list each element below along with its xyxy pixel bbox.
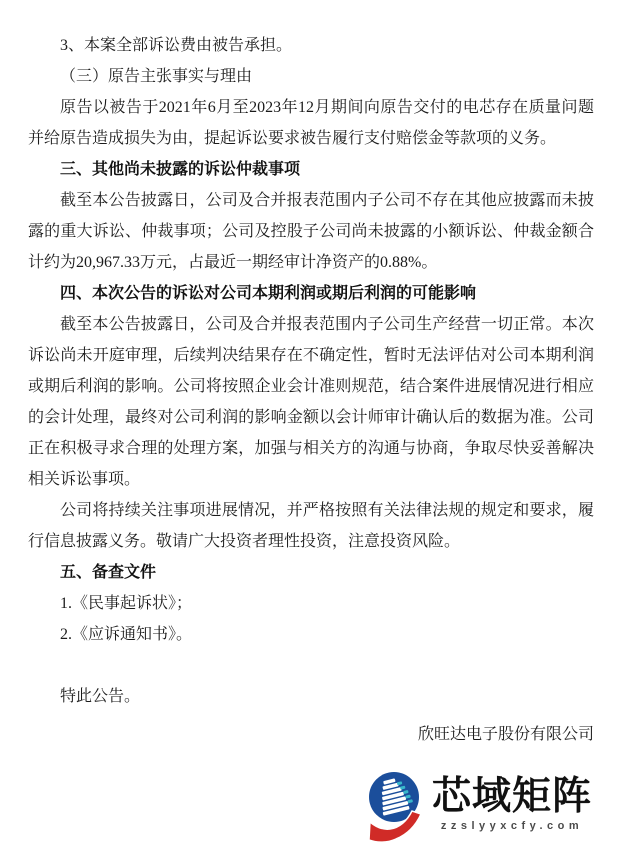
body-paragraph: 原告以被告于2021年6月至2023年12月期间向原告交付的电芯存在质量问题并给… bbox=[28, 92, 594, 154]
body-paragraph: 公司将持续关注事项进展情况，并严格按照有关法律法规的规定和要求，履行信息披露义务… bbox=[28, 495, 594, 557]
list-item: 1.《民事起诉状》； bbox=[28, 588, 594, 619]
watermark: 芯域矩阵 zzslyyxcfy.com bbox=[365, 770, 592, 844]
brand-logo-icon bbox=[365, 770, 423, 844]
list-item: 3、本案全部诉讼费由被告承担。 bbox=[28, 30, 594, 61]
watermark-text: 芯域矩阵 zzslyyxcfy.com bbox=[432, 777, 592, 832]
sub-section-title: （三）原告主张事实与理由 bbox=[28, 61, 594, 92]
section-heading: 五、备查文件 bbox=[28, 557, 594, 588]
list-item: 2.《应诉通知书》。 bbox=[28, 619, 594, 650]
brand-name: 芯域矩阵 bbox=[432, 777, 592, 816]
body-paragraph: 截至本公告披露日，公司及合并报表范围内子公司生产经营一切正常。本次诉讼尚未开庭审… bbox=[28, 309, 594, 495]
section-heading: 三、其他尚未披露的诉讼仲裁事项 bbox=[28, 154, 594, 185]
announcement-page: 3、本案全部诉讼费由被告承担。 （三）原告主张事实与理由 原告以被告于2021年… bbox=[0, 0, 621, 849]
closing-line: 特此公告。 bbox=[28, 681, 594, 712]
company-signature: 欣旺达电子股份有限公司 bbox=[28, 719, 594, 750]
section-heading: 四、本次公告的诉讼对公司本期利润或期后利润的可能影响 bbox=[28, 278, 594, 309]
brand-domain: zzslyyxcfy.com bbox=[441, 821, 583, 832]
document-body: 3、本案全部诉讼费由被告承担。 （三）原告主张事实与理由 原告以被告于2021年… bbox=[28, 30, 594, 750]
body-paragraph: 截至本公告披露日，公司及合并报表范围内子公司不存在其他应披露而未披露的重大诉讼、… bbox=[28, 185, 594, 278]
